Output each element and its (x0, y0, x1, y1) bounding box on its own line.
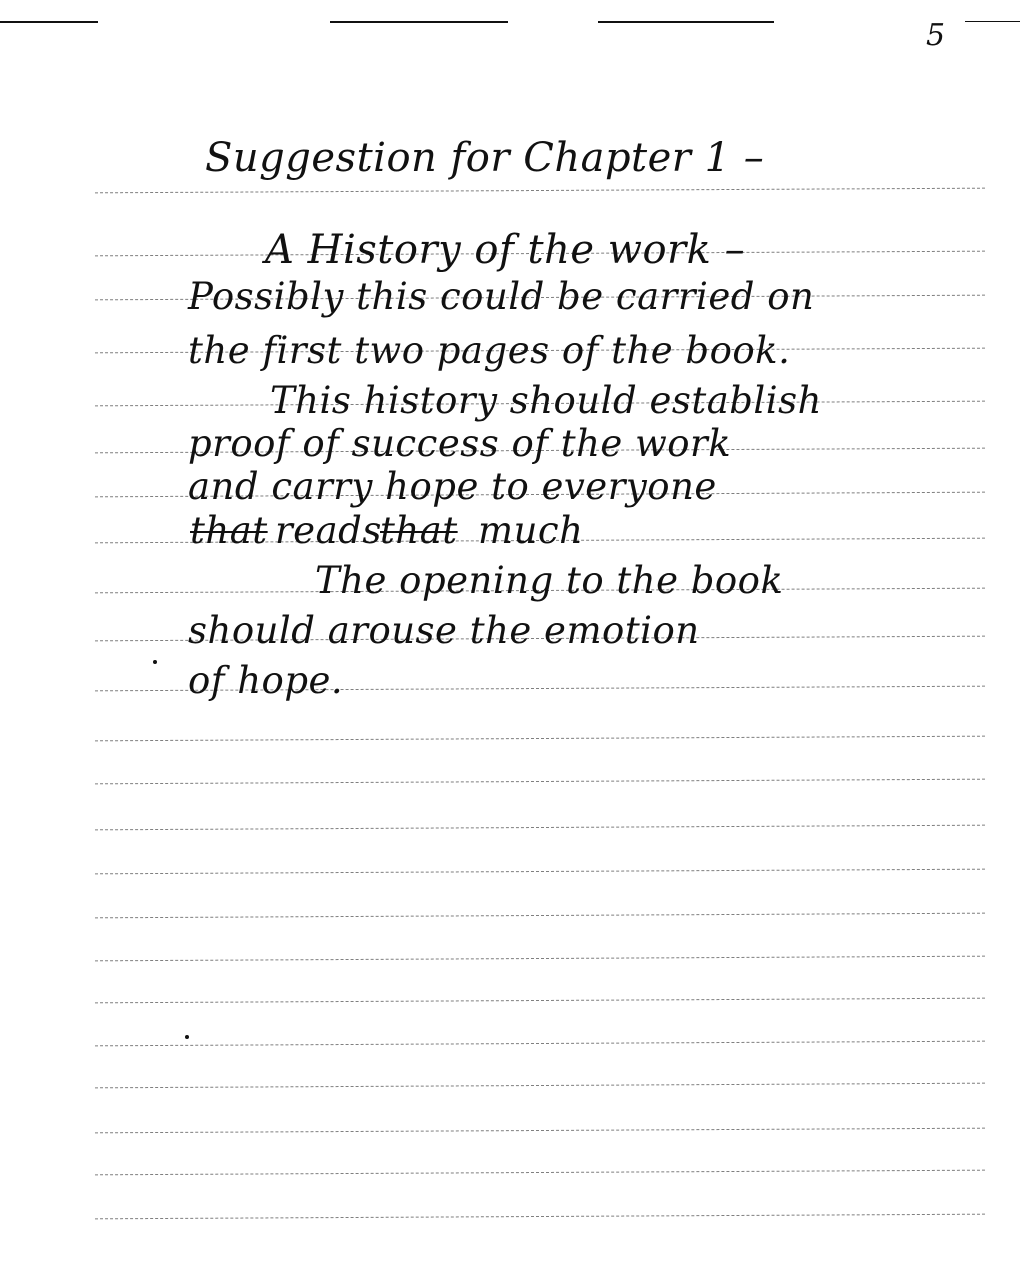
ruled-line (95, 1170, 985, 1176)
ruled-line (95, 779, 985, 785)
text-line: should arouse the emotion (188, 612, 700, 649)
ruled-line (95, 1041, 985, 1047)
handwritten-page: 5 Suggestion for Chapter 1 – A History o… (0, 0, 1020, 1266)
document-title: Suggestion for Chapter 1 – (205, 138, 764, 178)
text-word: reads (275, 512, 382, 549)
top-edge-rule (965, 21, 1020, 22)
text-line: This history should establish (270, 382, 822, 419)
struck-word: that (380, 512, 458, 549)
top-edge-rule (330, 21, 508, 23)
struck-word: that (190, 512, 268, 549)
text-line: Possibly this could be carried on (188, 278, 814, 315)
ruled-line (95, 1083, 985, 1089)
text-line: of hope. (188, 662, 343, 699)
margin-dot (185, 1035, 189, 1039)
ruled-line (95, 1128, 985, 1134)
text-line: the first two pages of the book. (188, 332, 790, 369)
ruled-line (95, 998, 985, 1004)
ruled-line (95, 1214, 985, 1220)
margin-dot (153, 660, 157, 664)
page-number: 5 (926, 18, 945, 53)
text-line: and carry hope to everyone (188, 468, 717, 505)
text-word: much (478, 512, 583, 549)
ruled-line (95, 869, 985, 875)
text-line: proof of success of the work (188, 425, 731, 462)
ruled-line (95, 736, 985, 742)
top-edge-rule (0, 21, 98, 23)
top-edge-rule (598, 21, 774, 23)
ruled-line (95, 913, 985, 919)
section-heading: A History of the work – (265, 230, 745, 270)
ruled-line (95, 825, 985, 831)
ruled-line (95, 188, 985, 194)
text-line: The opening to the book (315, 562, 783, 599)
ruled-line (95, 956, 985, 962)
